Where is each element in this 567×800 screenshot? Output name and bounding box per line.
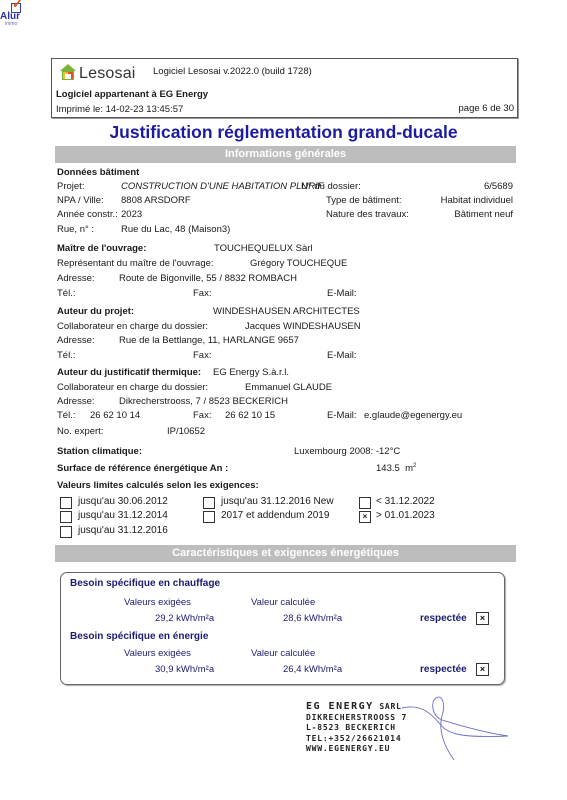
checkbox[interactable] bbox=[203, 511, 215, 523]
thermal-tel-label: Tél.: bbox=[57, 410, 75, 421]
stamp-company-suffix: SARL bbox=[379, 702, 401, 711]
owner-fax-label: Fax: bbox=[193, 288, 211, 299]
energy-requirements-box: Besoin spécifique en chauffage Valeurs e… bbox=[60, 572, 505, 685]
dossier-value: 6/5689 bbox=[484, 181, 513, 192]
owner-email-label: E-Mail: bbox=[327, 288, 357, 299]
option-label: 2017 et addendum 2019 bbox=[221, 510, 329, 521]
alur-logo: ✓ Alur immo bbox=[0, 0, 24, 28]
stamp-company: EG ENERGY bbox=[306, 701, 374, 712]
building-heading: Données bâtiment bbox=[57, 167, 139, 178]
heating-required-value: 29,2 kWh/m²a bbox=[155, 613, 214, 624]
owner-address-value: Route de Bigonville, 55 / 8832 ROMBACH bbox=[119, 273, 297, 284]
page-number: page 6 de 30 bbox=[459, 103, 514, 114]
owner-name: TOUCHEQUELUX Sàrl bbox=[214, 243, 313, 254]
climate-value: Luxembourg 2008: -12°C bbox=[294, 446, 400, 457]
software-version: Logiciel Lesosai v.2022.0 (build 1728) bbox=[153, 66, 312, 77]
energy-title: Besoin spécifique en énergie bbox=[70, 631, 208, 642]
author-collab-label: Collaborateur en charge du dossier: bbox=[57, 321, 208, 332]
heating-status-checkbox[interactable]: × bbox=[476, 612, 489, 625]
energy-status-checkbox[interactable]: × bbox=[476, 663, 489, 676]
energy-required-value: 30,9 kWh/m²a bbox=[155, 664, 214, 675]
limits-heading: Valeurs limites calculés selon les exige… bbox=[57, 480, 259, 491]
owner-rep-label: Représentant du maître de l'ouvrage: bbox=[57, 258, 214, 269]
stamp-website: WWW.EGENERGY.EU bbox=[306, 744, 407, 755]
surface-value: 143.5 m2 bbox=[376, 463, 416, 474]
energy-required-label: Valeurs exigées bbox=[124, 648, 191, 659]
year-label: Année constr.: bbox=[57, 209, 118, 220]
checkbox-checked[interactable]: × bbox=[359, 511, 371, 523]
option-label: jusqu'au 31.12.2014 bbox=[78, 510, 168, 521]
lesosai-name: Lesosai bbox=[79, 65, 136, 83]
thermal-address-label: Adresse: bbox=[57, 396, 95, 407]
option-label: jusqu'au 30.06.2012 bbox=[78, 496, 168, 507]
energy-calculated-value: 26,4 kWh/m²a bbox=[283, 664, 342, 675]
checkbox[interactable] bbox=[359, 497, 371, 509]
author-name: WINDESHAUSEN ARCHITECTES bbox=[213, 306, 360, 317]
alur-sub: immo bbox=[5, 22, 17, 27]
heating-status: respectée bbox=[420, 613, 467, 624]
company-stamp: EG ENERGY SARL DIKRECHERSTROOSS 7 L-8523… bbox=[306, 702, 407, 755]
street-label: Rue, n° : bbox=[57, 224, 94, 235]
author-address-label: Adresse: bbox=[57, 335, 95, 346]
surface-label: Surface de référence énergétique An : bbox=[57, 463, 228, 474]
building-type-value: Habitat individuel bbox=[441, 195, 513, 206]
checkbox[interactable] bbox=[60, 497, 72, 509]
expert-label: No. expert: bbox=[57, 426, 103, 437]
page-title: Justification réglementation grand-ducal… bbox=[0, 122, 567, 143]
stamp-phone: TEL:+352/26621014 bbox=[306, 734, 407, 745]
thermal-collab-label: Collaborateur en charge du dossier: bbox=[57, 382, 208, 393]
author-address-value: Rue de la Bettlange, 11, HARLANGE 9657 bbox=[119, 335, 299, 346]
option-label: jusqu'au 31.12.2016 New bbox=[221, 496, 334, 507]
npa-value: 8808 ARSDORF bbox=[121, 195, 191, 206]
thermal-name: EG Energy S.à.r.l. bbox=[213, 367, 289, 378]
npa-label: NPA / Ville: bbox=[57, 195, 104, 206]
heating-calculated-value: 28,6 kWh/m²a bbox=[283, 613, 342, 624]
heating-required-label: Valeurs exigées bbox=[124, 597, 191, 608]
option-label: jusqu'au 31.12.2016 bbox=[78, 525, 168, 536]
project-label: Projet: bbox=[57, 181, 84, 192]
stamp-street: DIKRECHERSTROOSS 7 bbox=[306, 713, 407, 724]
report-header: Lesosai Logiciel Lesosai v.2022.0 (build… bbox=[51, 58, 518, 118]
signature-icon bbox=[400, 694, 510, 764]
author-heading: Auteur du projet: bbox=[57, 306, 134, 317]
house-icon bbox=[59, 63, 77, 81]
year-value: 2023 bbox=[121, 209, 142, 220]
dossier-label: N° du dossier: bbox=[301, 181, 361, 192]
checkbox[interactable] bbox=[60, 526, 72, 538]
option-label: > 01.01.2023 bbox=[376, 510, 435, 521]
surface-unit-exponent: 2 bbox=[413, 463, 416, 469]
software-owner: Logiciel appartenant à EG Energy bbox=[56, 89, 208, 100]
thermal-collab-value: Emmanuel GLAUDE bbox=[245, 382, 332, 393]
thermal-fax-value: 26 62 10 15 bbox=[225, 410, 275, 421]
project-value: CONSTRUCTION D'UNE HABITATION PLURIF bbox=[121, 181, 324, 192]
works-value: Bâtiment neuf bbox=[454, 209, 513, 220]
building-type-label: Type de bâtiment: bbox=[326, 195, 402, 206]
climate-label: Station climatique: bbox=[57, 446, 142, 457]
thermal-heading: Auteur du justificatif thermique: bbox=[57, 367, 201, 378]
thermal-address-value: Dikrecherstrooss, 7 / 8523 BECKERICH bbox=[119, 396, 288, 407]
thermal-tel-value: 26 62 10 14 bbox=[90, 410, 140, 421]
author-collab-value: Jacques WINDESHAUSEN bbox=[245, 321, 361, 332]
owner-rep-value: Grégory TOUCHEQUE bbox=[250, 258, 347, 269]
checkbox[interactable] bbox=[203, 497, 215, 509]
owner-heading: Maître de l'ouvrage: bbox=[57, 243, 146, 254]
option-label: < 31.12.2022 bbox=[376, 496, 435, 507]
energy-calculated-label: Valeur calculée bbox=[251, 648, 315, 659]
works-label: Nature des travaux: bbox=[326, 209, 409, 220]
street-value: Rue du Lac, 48 (Maison3) bbox=[121, 224, 230, 235]
thermal-fax-label: Fax: bbox=[193, 410, 211, 421]
heating-title: Besoin spécifique en chauffage bbox=[70, 578, 220, 589]
author-tel-label: Tél.: bbox=[57, 350, 75, 361]
thermal-email-label: E-Mail: bbox=[327, 410, 357, 421]
checkmark-icon: ✓ bbox=[12, 0, 23, 10]
surface-unit: m bbox=[405, 463, 413, 474]
author-fax-label: Fax: bbox=[193, 350, 211, 361]
owner-tel-label: Tél.: bbox=[57, 288, 75, 299]
section-energy: Caractéristiques et exigences énergétiqu… bbox=[55, 545, 516, 562]
expert-value: IP/10652 bbox=[167, 426, 205, 437]
print-date: Imprimé le: 14-02-23 13:45:57 bbox=[56, 104, 183, 115]
author-email-label: E-Mail: bbox=[327, 350, 357, 361]
section-general-info: Informations générales bbox=[55, 146, 516, 163]
surface-number: 143.5 bbox=[376, 463, 400, 474]
thermal-email-value[interactable]: e.glaude@egenergy.eu bbox=[364, 410, 462, 421]
owner-address-label: Adresse: bbox=[57, 273, 95, 284]
stamp-city: L-8523 BECKERICH bbox=[306, 723, 407, 734]
heating-calculated-label: Valeur calculée bbox=[251, 597, 315, 608]
energy-status: respectée bbox=[420, 664, 467, 675]
checkbox[interactable] bbox=[60, 511, 72, 523]
